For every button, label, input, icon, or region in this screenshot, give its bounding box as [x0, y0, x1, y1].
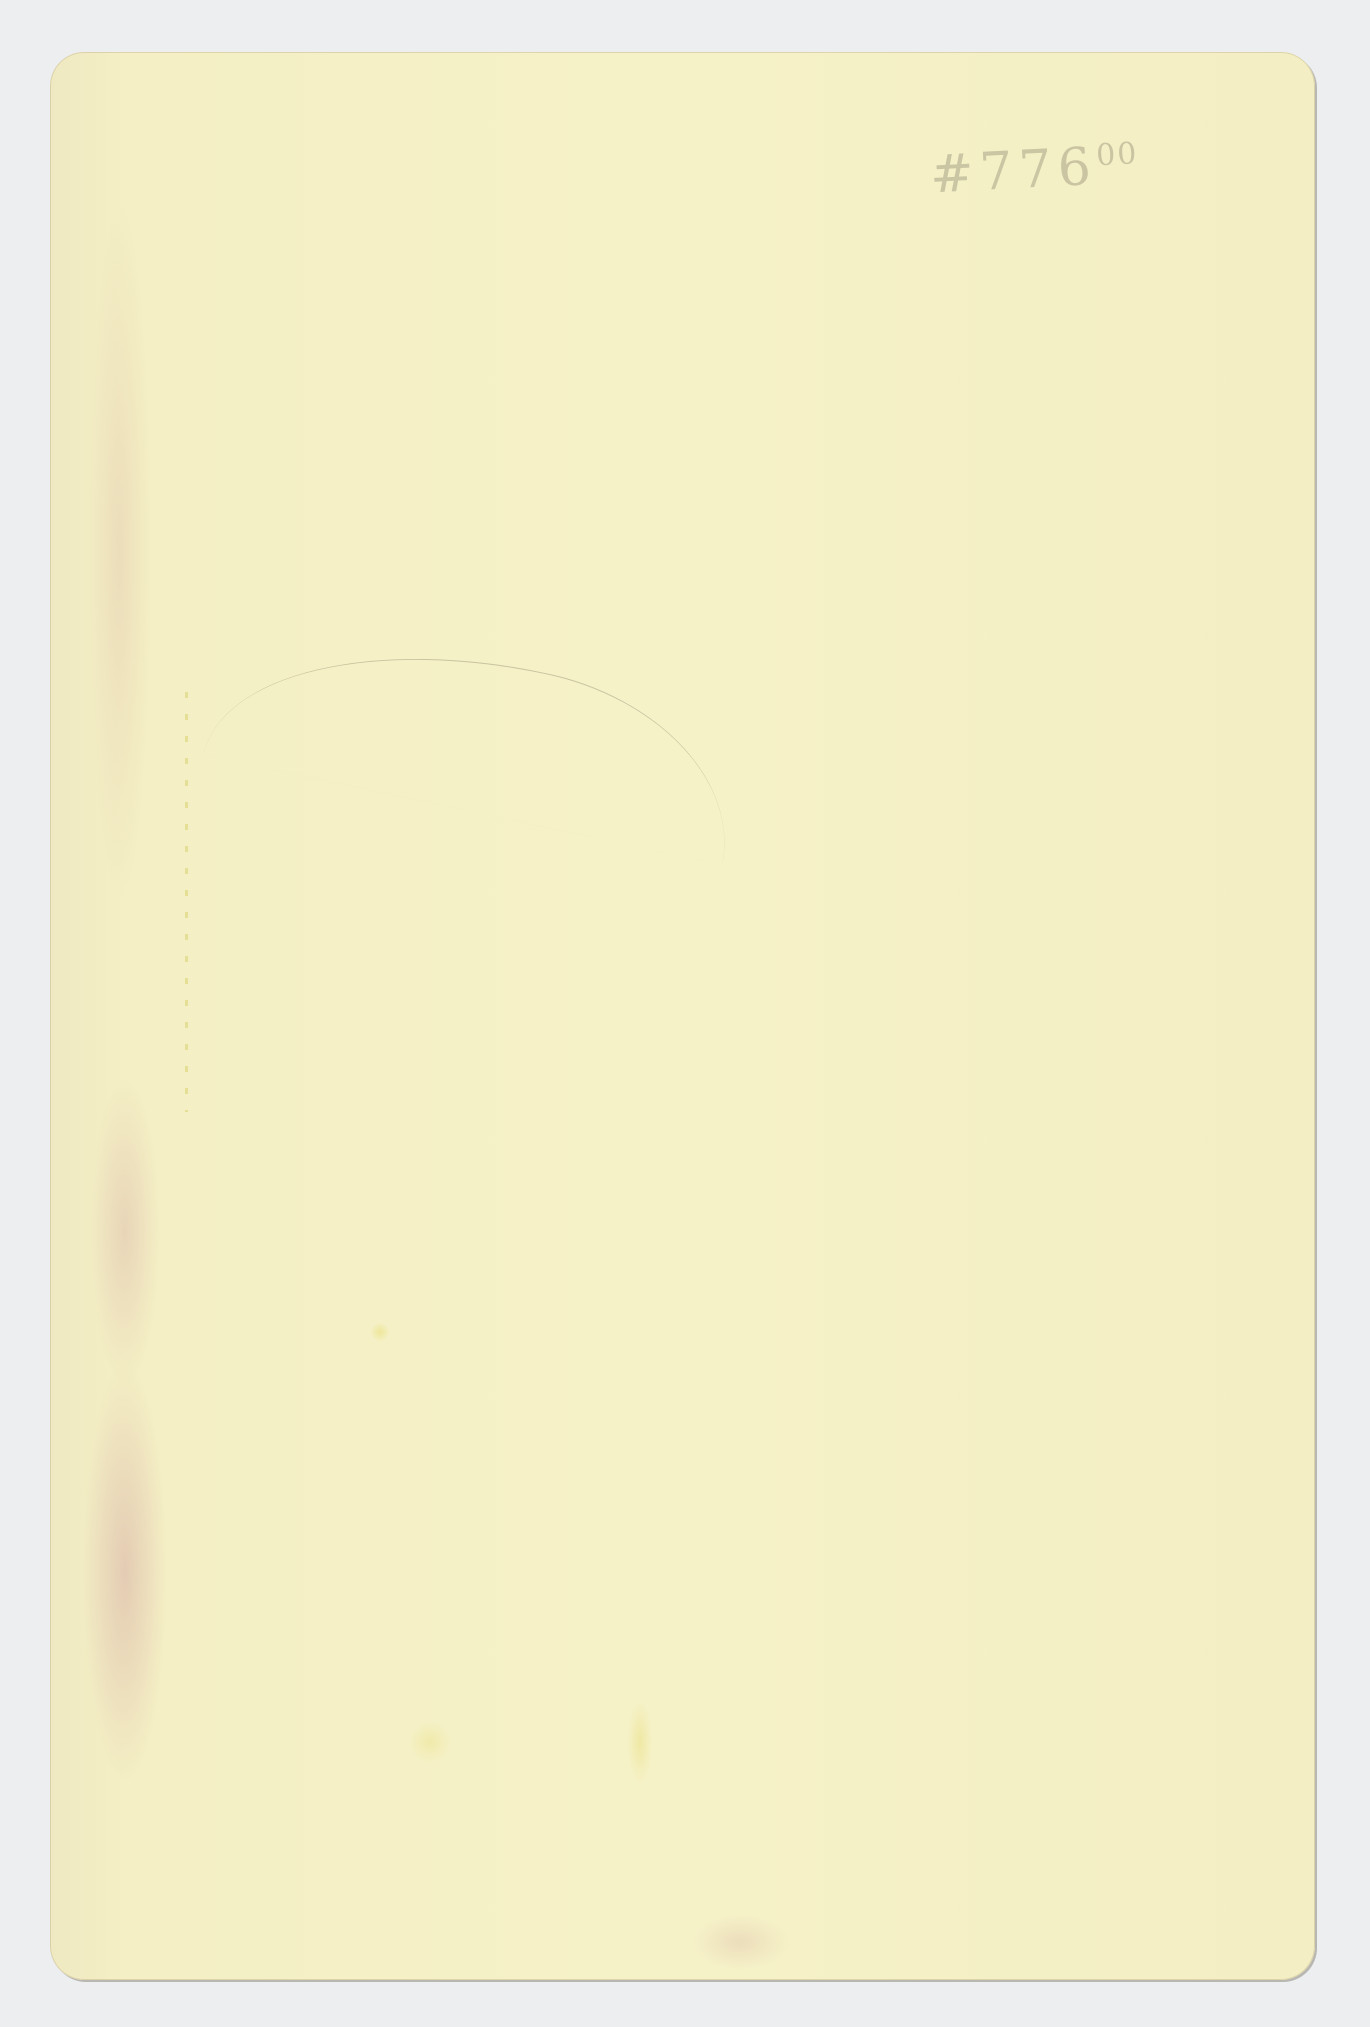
yellow-stain-dots — [185, 692, 188, 1112]
pencil-note-prefix: # — [929, 143, 982, 206]
surface-scratch — [204, 607, 754, 865]
pencil-inventory-note: #77600 — [929, 135, 1141, 206]
pencil-note-superscript: 00 — [1095, 136, 1139, 173]
cabinet-card-back: #77600 — [50, 52, 1315, 1980]
pencil-note-number: 776 — [978, 137, 1098, 203]
